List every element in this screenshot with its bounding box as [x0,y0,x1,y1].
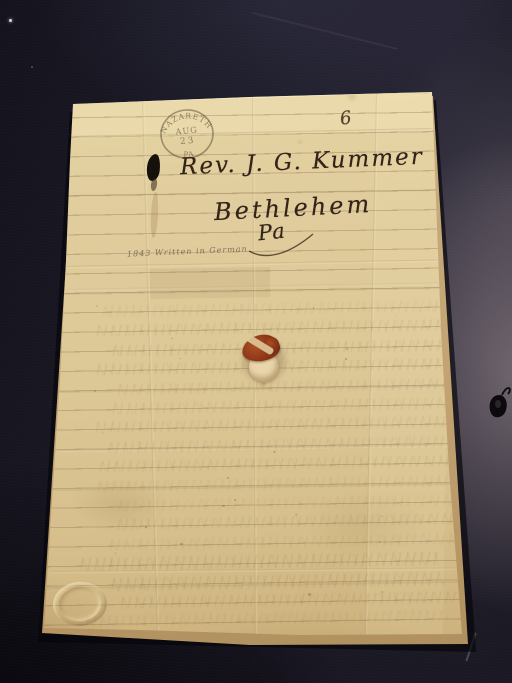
foxing-speck [179,358,181,360]
foxing-speck [227,477,229,479]
ghost-script-row [113,397,483,414]
dust-speck [9,19,12,22]
foxing-speck [345,358,347,360]
postmark-day: 23 [180,136,196,148]
foxing-speck [222,505,224,507]
foxing-speck [273,451,275,453]
ghost-script-row [96,416,459,433]
foxing-speck [400,592,401,593]
wax-seal [241,334,287,386]
foxing-speck [308,593,310,595]
ghost-script-row [118,513,457,530]
metal-knob [486,380,512,430]
ghost-script-row [103,300,460,317]
ghost-script-row [118,494,504,512]
foxing-speck [96,305,98,307]
ghost-script-row [110,533,486,551]
foxing-speck [94,390,96,392]
foxing-speck [180,543,183,546]
ghost-script-row [100,455,467,472]
ghost-script-row [98,474,476,492]
pen-flourish [243,229,323,259]
embossed-seal-inner-ring [58,586,102,623]
foxing-speck [171,338,172,339]
foxing-speck [396,315,398,317]
foxing-speck [295,513,297,515]
dust-speck [31,66,33,68]
ghost-script-row [86,610,448,627]
ghost-script-row [113,339,487,357]
photo-frame: NAZARETH AUG 23 PA 6 Rev. J. G. Kummer B… [0,0,512,683]
ghost-script-row [112,572,445,591]
foxing-speck [346,348,348,350]
ghost-script-row [109,436,447,453]
ghost-script-row [81,552,440,571]
foxing-speck [381,516,382,517]
foxing-speck [115,552,117,554]
